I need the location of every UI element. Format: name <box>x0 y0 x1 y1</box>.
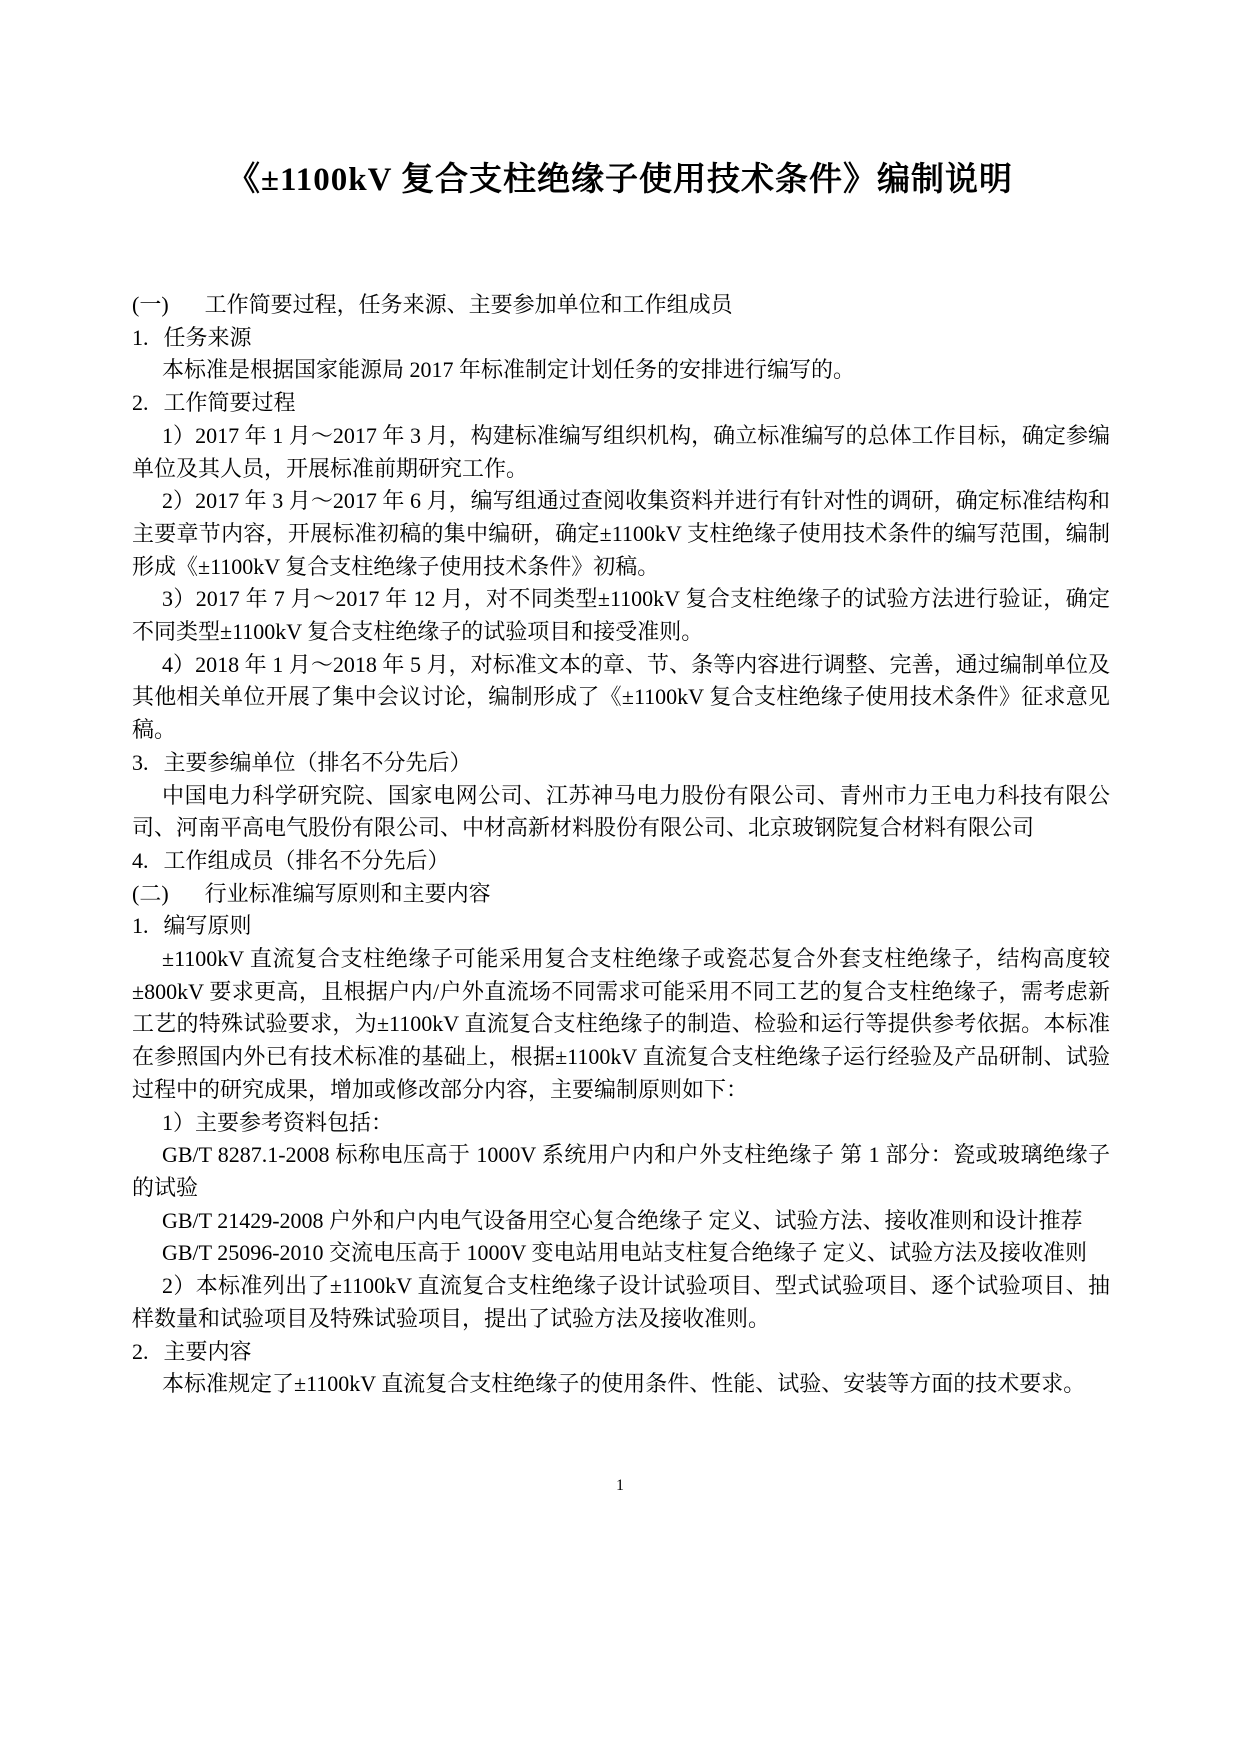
paragraph: 2）本标准列出了±1100kV 直流复合支柱绝缘子设计试验项目、型式试验项目、逐… <box>132 1270 1110 1335</box>
numbered-heading-main-content: 2.主要内容 <box>132 1336 1110 1369</box>
section-heading-text: 行业标准编写原则和主要内容 <box>205 881 491 906</box>
number-marker: 4. <box>132 848 149 873</box>
number-marker: 1. <box>132 913 149 938</box>
section-heading-1: (一)工作简要过程，任务来源、主要参加单位和工作组成员 <box>132 289 1110 322</box>
page-number: 1 <box>616 1477 624 1494</box>
numbered-heading-text: 主要参编单位（排名不分先后） <box>164 750 472 775</box>
number-marker: 2. <box>132 1339 149 1364</box>
numbered-heading-text: 工作简要过程 <box>164 390 296 415</box>
numbered-heading-work-process: 2.工作简要过程 <box>132 387 1110 420</box>
numbered-heading-participating-units: 3.主要参编单位（排名不分先后） <box>132 747 1110 780</box>
paragraph-reference-gbt-8287: GB/T 8287.1-2008 标称电压高于 1000V 系统用户内和户外支柱… <box>132 1139 1110 1204</box>
document-body: (一)工作简要过程，任务来源、主要参加单位和工作组成员 1.任务来源 本标准是根… <box>132 289 1110 1401</box>
numbered-heading-text: 任务来源 <box>164 325 252 350</box>
section-heading-2: (二)行业标准编写原则和主要内容 <box>132 878 1110 911</box>
paragraph: 3）2017 年 7 月～2017 年 12 月，对不同类型±1100kV 复合… <box>132 583 1110 648</box>
section-marker: (一) <box>132 292 169 317</box>
number-marker: 1. <box>132 325 149 350</box>
numbered-heading-working-group: 4.工作组成员（排名不分先后） <box>132 845 1110 878</box>
paragraph: 本标准是根据国家能源局 2017 年标准制定计划任务的安排进行编写的。 <box>132 354 1110 387</box>
paragraph: 本标准规定了±1100kV 直流复合支柱绝缘子的使用条件、性能、试验、安装等方面… <box>132 1368 1110 1401</box>
paragraph-reference-gbt-25096: GB/T 25096-2010 交流电压高于 1000V 变电站用电站支柱复合绝… <box>132 1237 1110 1270</box>
page-footer: 1 <box>0 1474 1240 1498</box>
paragraph: 2）2017 年 3 月～2017 年 6 月，编写组通过查阅收集资料并进行有针… <box>132 485 1110 583</box>
paragraph: 1）2017 年 1 月～2017 年 3 月，构建标准编写组织机构，确立标准编… <box>132 420 1110 485</box>
paragraph: ±1100kV 直流复合支柱绝缘子可能采用复合支柱绝缘子或瓷芯复合外套支柱绝缘子… <box>132 943 1110 1107</box>
number-marker: 2. <box>132 390 149 415</box>
document-title: 《±1100kV 复合支柱绝缘子使用技术条件》编制说明 <box>0 156 1240 204</box>
section-heading-text: 工作简要过程，任务来源、主要参加单位和工作组成员 <box>205 292 733 317</box>
numbered-heading-text: 工作组成员（排名不分先后） <box>164 848 450 873</box>
paragraph-reference-gbt-21429: GB/T 21429-2008 户外和户内电气设备用空心复合绝缘子 定义、试验方… <box>132 1205 1110 1238</box>
numbered-heading-text: 主要内容 <box>164 1339 252 1364</box>
paragraph: 中国电力科学研究院、国家电网公司、江苏神马电力股份有限公司、青州市力王电力科技有… <box>132 780 1110 845</box>
numbered-heading-task-source: 1.任务来源 <box>132 322 1110 355</box>
number-marker: 3. <box>132 750 149 775</box>
section-marker: (二) <box>132 881 169 906</box>
document-page: 《±1100kV 复合支柱绝缘子使用技术条件》编制说明 (一)工作简要过程，任务… <box>0 0 1240 1754</box>
numbered-heading-writing-principles: 1.编写原则 <box>132 910 1110 943</box>
paragraph: 4）2018 年 1 月～2018 年 5 月，对标准文本的章、节、条等内容进行… <box>132 649 1110 747</box>
numbered-heading-text: 编写原则 <box>164 913 252 938</box>
paragraph: 1）主要参考资料包括： <box>132 1107 1110 1140</box>
